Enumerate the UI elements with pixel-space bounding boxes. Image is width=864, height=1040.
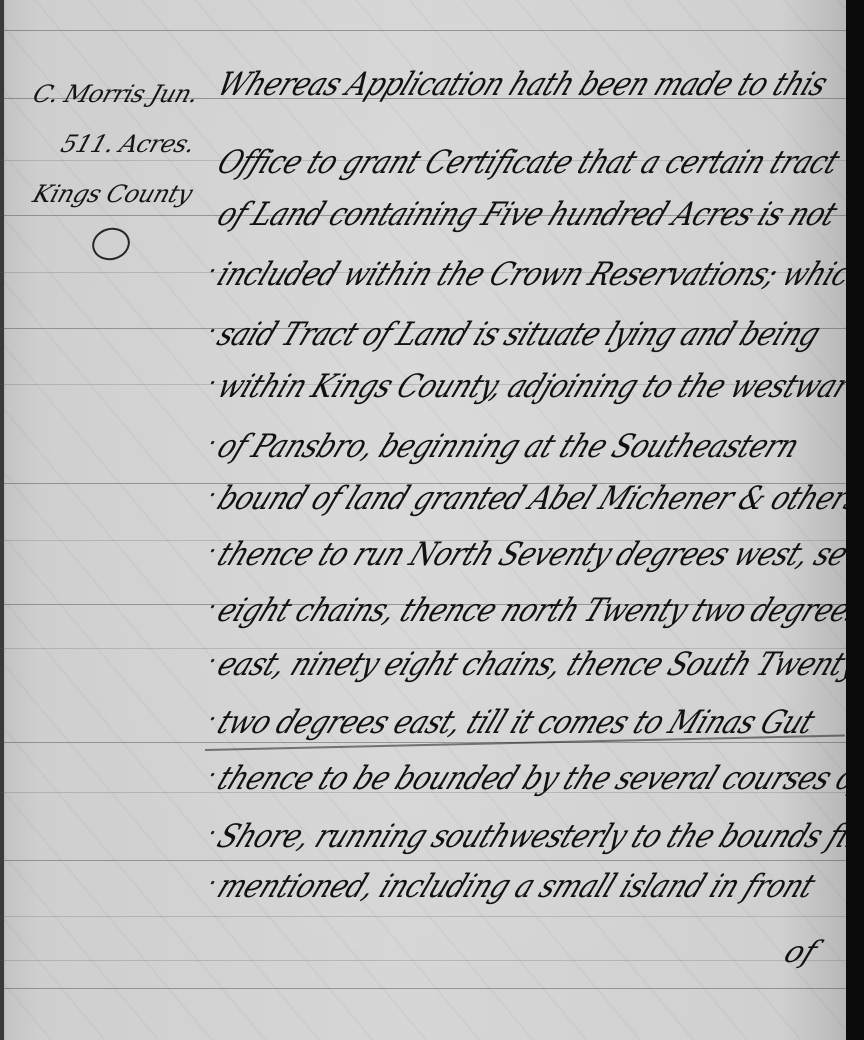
- text-line-4: included within the Crown Reservations; …: [212, 255, 846, 293]
- ruled-line: [0, 916, 846, 917]
- text-line-11: east, ninety eight chains, thence South …: [212, 645, 846, 683]
- ruled-line: [0, 742, 846, 743]
- text-line-8: bound of land granted Abel Michener & ot…: [212, 479, 846, 517]
- scan-left-edge: [0, 0, 4, 1040]
- margin-note-county: Kings County: [29, 180, 195, 208]
- flourish-mark-icon: [89, 224, 134, 265]
- text-line-7: of Pansbro, beginning at the Southeaster…: [212, 427, 805, 465]
- margin-note-acreage: 511. Acres.: [57, 130, 198, 158]
- text-line-3: of Land containing Five hundred Acres is…: [212, 195, 842, 233]
- margin-note-name: C. Morris Jun.: [29, 80, 202, 108]
- document-page: C. Morris Jun. 511. Acres. Kings County …: [0, 0, 846, 1040]
- ruled-line: [0, 30, 846, 31]
- catchword: of: [779, 935, 822, 970]
- text-line-1: Whereas Application hath been made to th…: [212, 65, 833, 103]
- text-line-13: thence to be bounded by the several cour…: [212, 759, 846, 797]
- text-line-9: thence to run North Seventy degrees west…: [212, 535, 846, 573]
- ruled-line: [0, 960, 846, 961]
- text-line-14: Shore, running southwesterly to the boun…: [212, 817, 846, 855]
- text-line-12: two degrees east, till it comes to Minas…: [212, 703, 820, 741]
- text-line-15: mentioned, including a small island in f…: [212, 867, 821, 905]
- text-line-10: eight chains, thence north Twenty two de…: [212, 591, 846, 629]
- ruled-line: [0, 860, 846, 861]
- ruled-line: [0, 988, 846, 989]
- scan-right-border: [846, 0, 864, 1040]
- text-line-5: said Tract of Land is situate lying and …: [212, 315, 826, 353]
- text-line-2: Office to grant Certificate that a certa…: [212, 143, 845, 181]
- text-line-6: within Kings County, adjoining to the we…: [212, 367, 846, 405]
